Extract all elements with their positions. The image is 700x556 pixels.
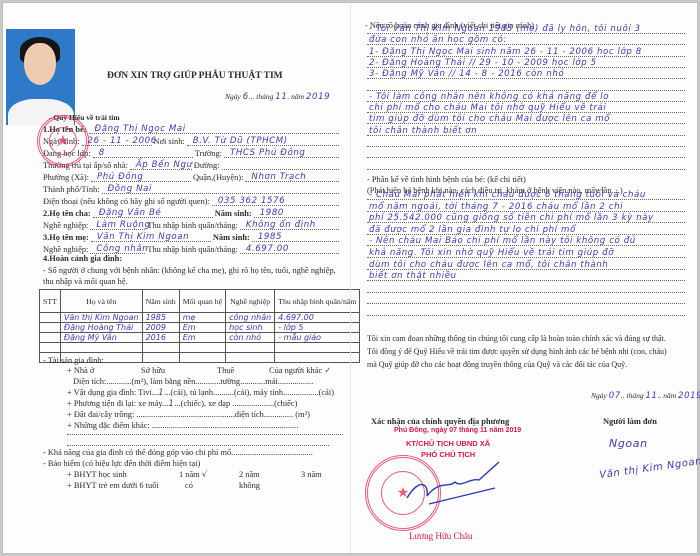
table-cell[interactable]: Em <box>179 333 225 343</box>
table-header: Mối quan hệ <box>179 290 225 313</box>
ruled-line[interactable]: dùm tôi cho cháu được lên ca mổ, tôi châ… <box>367 259 685 270</box>
insurance-label: - Bảo hiểm (có hiệu lực đến thời điểm hi… <box>43 459 200 468</box>
patient-ward-district-field[interactable]: Phường (Xã): Phú Đông Quận,(Huyện): Nhơn… <box>43 171 341 182</box>
appliances-line[interactable]: + Vật dụng gia đình: Tivi...1...(cái), t… <box>67 388 334 398</box>
house-ownership-row: + Nhà ở Sở hữu Thuê Của người khác ✓ <box>67 366 347 375</box>
house-other-option[interactable]: Của người khác ✓ <box>269 366 332 376</box>
table-row: Văn thị Kim Ngoan1985mẹcông nhân4.697.00 <box>40 313 360 323</box>
table-header: STT <box>40 290 61 313</box>
ruled-line[interactable] <box>367 305 685 316</box>
land-line[interactable]: + Đất đai/cây trồng: ...................… <box>67 410 310 419</box>
table-cell[interactable]: - lớp 5 <box>275 323 360 333</box>
table-header: Họ và tên <box>60 290 142 313</box>
other-features-blank-1[interactable] <box>67 424 343 435</box>
checkmark-icon: √ <box>202 470 208 480</box>
table-cell[interactable]: 2009 <box>142 323 179 333</box>
other-features-blank-2[interactable] <box>67 435 329 446</box>
ruled-line[interactable] <box>367 159 685 170</box>
vehicles-line[interactable]: + Phương tiện đi lại: xe máy...1...(chiế… <box>67 399 297 409</box>
authority-label: Xác nhận của chính quyền địa phương <box>371 417 509 426</box>
ruled-line[interactable] <box>367 282 685 293</box>
table-cell[interactable]: 4.697.00 <box>275 313 360 323</box>
table-cell[interactable]: 2016 <box>142 333 179 343</box>
ruled-line[interactable]: mổ năm ngoái, tới tháng 7 - 2016 cháu mổ… <box>367 201 685 212</box>
insurance-3y-option[interactable]: 3 năm <box>301 470 322 479</box>
form-title: ĐƠN XIN TRỢ GIÚP PHẪU THUẬT TIM <box>107 71 283 81</box>
ruled-line[interactable]: chi phí mổ cho cháu Mai tôi nhờ quỹ Hiểu… <box>367 102 685 113</box>
ruled-line[interactable]: biết ơn thật nhiều <box>367 270 685 281</box>
authority-signature <box>399 458 509 508</box>
table-cell[interactable] <box>142 353 179 363</box>
table-cell[interactable]: Văn thị Kim Ngoan <box>60 313 142 323</box>
commitment-date: Ngày 07.. tháng 11.. năm 2019 <box>591 391 700 401</box>
ruled-line[interactable]: đứa con nhỏ ăn học gồm có: <box>367 34 685 45</box>
table-header: Thu nhập bình quân/năm <box>275 290 360 313</box>
mother-name-field[interactable]: 3.Họ tên mẹ: Văn Thị Kim Ngoan Năm sinh:… <box>43 231 341 242</box>
table-cell[interactable]: công nhân <box>226 313 275 323</box>
patient-city-field[interactable]: Thành phố/Tỉnh: Đồng Nai <box>43 183 341 194</box>
table-cell[interactable]: 1985 <box>142 313 179 323</box>
contribution-line[interactable]: - Khả năng của gia đình có thể đóng góp … <box>43 448 313 457</box>
authority-date: Phú Đông, ngày 07 tháng 11 năm 2019 <box>394 427 521 434</box>
table-cell[interactable] <box>40 323 61 333</box>
ruled-line[interactable]: - Tôi Văn Thị Kim Ngoan 1985 (mẹ) đã ly … <box>367 23 685 34</box>
table-cell[interactable] <box>40 343 61 353</box>
ruled-line[interactable]: - Tôi làm công nhân nên không có khả năn… <box>367 91 685 102</box>
house-rent-option[interactable]: Thuê <box>217 366 234 375</box>
table-cell[interactable] <box>179 353 225 363</box>
application-form-sheet: ĐƠN XIN TRỢ GIÚP PHẪU THUẬT TIM Ngày 6..… <box>2 2 698 554</box>
page-fold-divider <box>350 3 351 553</box>
ruled-line[interactable]: đã được mổ 2 lần gia đình tự lo chi phí … <box>367 224 685 235</box>
insurance-yes-option[interactable]: có <box>185 481 193 490</box>
patient-photo <box>6 29 75 125</box>
ruled-line[interactable] <box>367 147 685 158</box>
table-row: Đặng Hoàng Thái2009Emhọc sinh- lớp 5 <box>40 323 360 333</box>
house-own-option[interactable]: Sở hữu <box>141 366 165 375</box>
house-area-line[interactable]: Diện tích:............(m²), làm bằng nền… <box>73 377 313 386</box>
table-cell[interactable]: còn nhỏ <box>226 333 275 343</box>
table-header: Năm sinh <box>142 290 179 313</box>
table-cell[interactable] <box>226 353 275 363</box>
table-cell[interactable]: Đặng Hoàng Thái <box>60 323 142 333</box>
ruled-line[interactable]: 3- Đặng Mỹ Vân // 14 - 8 - 2016 còn nhỏ <box>367 68 685 79</box>
ruled-line[interactable]: - Cháu Mai phát hiện khi cháu được 6 thá… <box>367 189 685 200</box>
table-cell[interactable]: Đặng Mỹ Vân <box>60 333 142 343</box>
applicant-label: Người làm đơn <box>603 417 657 426</box>
father-job-field[interactable]: Nghề nghiệp: Làm Ruộng Thu nhập bình quâ… <box>43 219 341 230</box>
household-table: STTHọ và tênNăm sinhMối quan hệNghề nghi… <box>39 289 360 363</box>
table-cell[interactable] <box>40 313 61 323</box>
illness-label: - Phần kể về tình hình bệnh của bé: (kể … <box>367 175 526 184</box>
commitment-line-2: Tôi đồng ý để Quỹ Hiểu về trái tim được … <box>367 347 667 356</box>
ruled-line[interactable]: 1- Đặng Thị Ngọc Mai sinh năm 26 - 11 - … <box>367 46 685 57</box>
table-row: Đặng Mỹ Vân2016Emcòn nhỏ- mẫu giáo <box>40 333 360 343</box>
table-cell[interactable] <box>40 333 61 343</box>
insurance-1y-option[interactable]: 1 năm √ <box>179 470 208 480</box>
table-cell[interactable]: mẹ <box>179 313 225 323</box>
patient-phone-field[interactable]: Điện thoại (nếu không có hãy ghi số ngườ… <box>43 195 341 206</box>
insurance-child-row: + BHYT trẻ em dưới 6 tuổi có không <box>67 481 347 490</box>
applicant-signature: Ngoan <box>609 437 648 450</box>
ruled-line[interactable]: - Nên cháu Mai Báo chi phí mổ lần này tô… <box>367 235 685 246</box>
table-cell[interactable] <box>179 343 225 353</box>
table-cell[interactable] <box>275 343 360 353</box>
ruled-line[interactable] <box>367 136 685 147</box>
ruled-line[interactable]: tôi chân thành biết ơn <box>367 125 685 136</box>
table-cell[interactable] <box>60 343 142 353</box>
table-cell[interactable] <box>226 343 275 353</box>
applicant-name: Văn thị Kim Ngoan <box>599 456 700 481</box>
insurance-student-row: + BHYT học sinh 1 năm √ 2 năm 3 năm <box>67 470 347 479</box>
table-row <box>40 343 360 353</box>
ruled-line[interactable]: phí 25.542.000 cũng giống số tiền chi ph… <box>367 212 685 223</box>
ruled-line[interactable]: tim giúp đỡ dùm tôi cho cháu Mai được lê… <box>367 113 685 124</box>
patient-hamlet-field[interactable]: Thường trú tại ấp/số nhà: Ấp Bến Ngự Đườ… <box>43 159 341 170</box>
form-date: Ngày 6... tháng 11. năm 2019 <box>225 92 330 102</box>
household-note: - Số người ở chung với bệnh nhân: (không… <box>43 265 343 287</box>
commitment-line-3: mà Quỹ giúp đỡ cho các hoạt động truyền … <box>367 360 627 369</box>
table-cell[interactable]: học sinh <box>226 323 275 333</box>
insurance-2y-option[interactable]: 2 năm <box>239 470 260 479</box>
official-stamp-top: ★ <box>37 115 89 167</box>
star-icon: ★ <box>57 133 70 150</box>
family-section-label: 4.Hoàn cảnh gia đình: <box>43 254 122 263</box>
table-header: Nghề nghiệp <box>226 290 275 313</box>
authority-name: Lương Hữu Châu <box>409 531 473 541</box>
table-cell[interactable]: - mẫu giáo <box>275 333 360 343</box>
mother-job-field[interactable]: Nghề nghiệp: Công nhân Thu nhập bình quâ… <box>43 243 341 254</box>
checkmark-icon: ✓ <box>324 366 332 376</box>
ruled-line[interactable]: 2- Đặng Hoàng Thái // 29 - 10 - 2009 học… <box>367 57 685 68</box>
table-cell[interactable]: Em <box>179 323 225 333</box>
table-cell[interactable] <box>275 353 360 363</box>
father-name-field[interactable]: 2.Họ tên cha: Đặng Văn Bé Năm sinh: 1980 <box>43 207 341 218</box>
assets-label: - Tài sản gia đình: <box>43 356 104 365</box>
authority-title-1: KT/CHỦ TỊCH UBND XÃ <box>406 439 490 448</box>
commitment-line-1: Tôi xin cam đoan những thông tin chúng t… <box>367 334 666 343</box>
ruled-line[interactable]: khả năng. Tôi xin nhờ quỹ Hiểu về trái t… <box>367 247 685 258</box>
ruled-line[interactable] <box>367 293 685 304</box>
insurance-no-option[interactable]: không <box>239 481 260 490</box>
table-cell[interactable] <box>142 343 179 353</box>
ruled-line[interactable] <box>367 80 685 91</box>
